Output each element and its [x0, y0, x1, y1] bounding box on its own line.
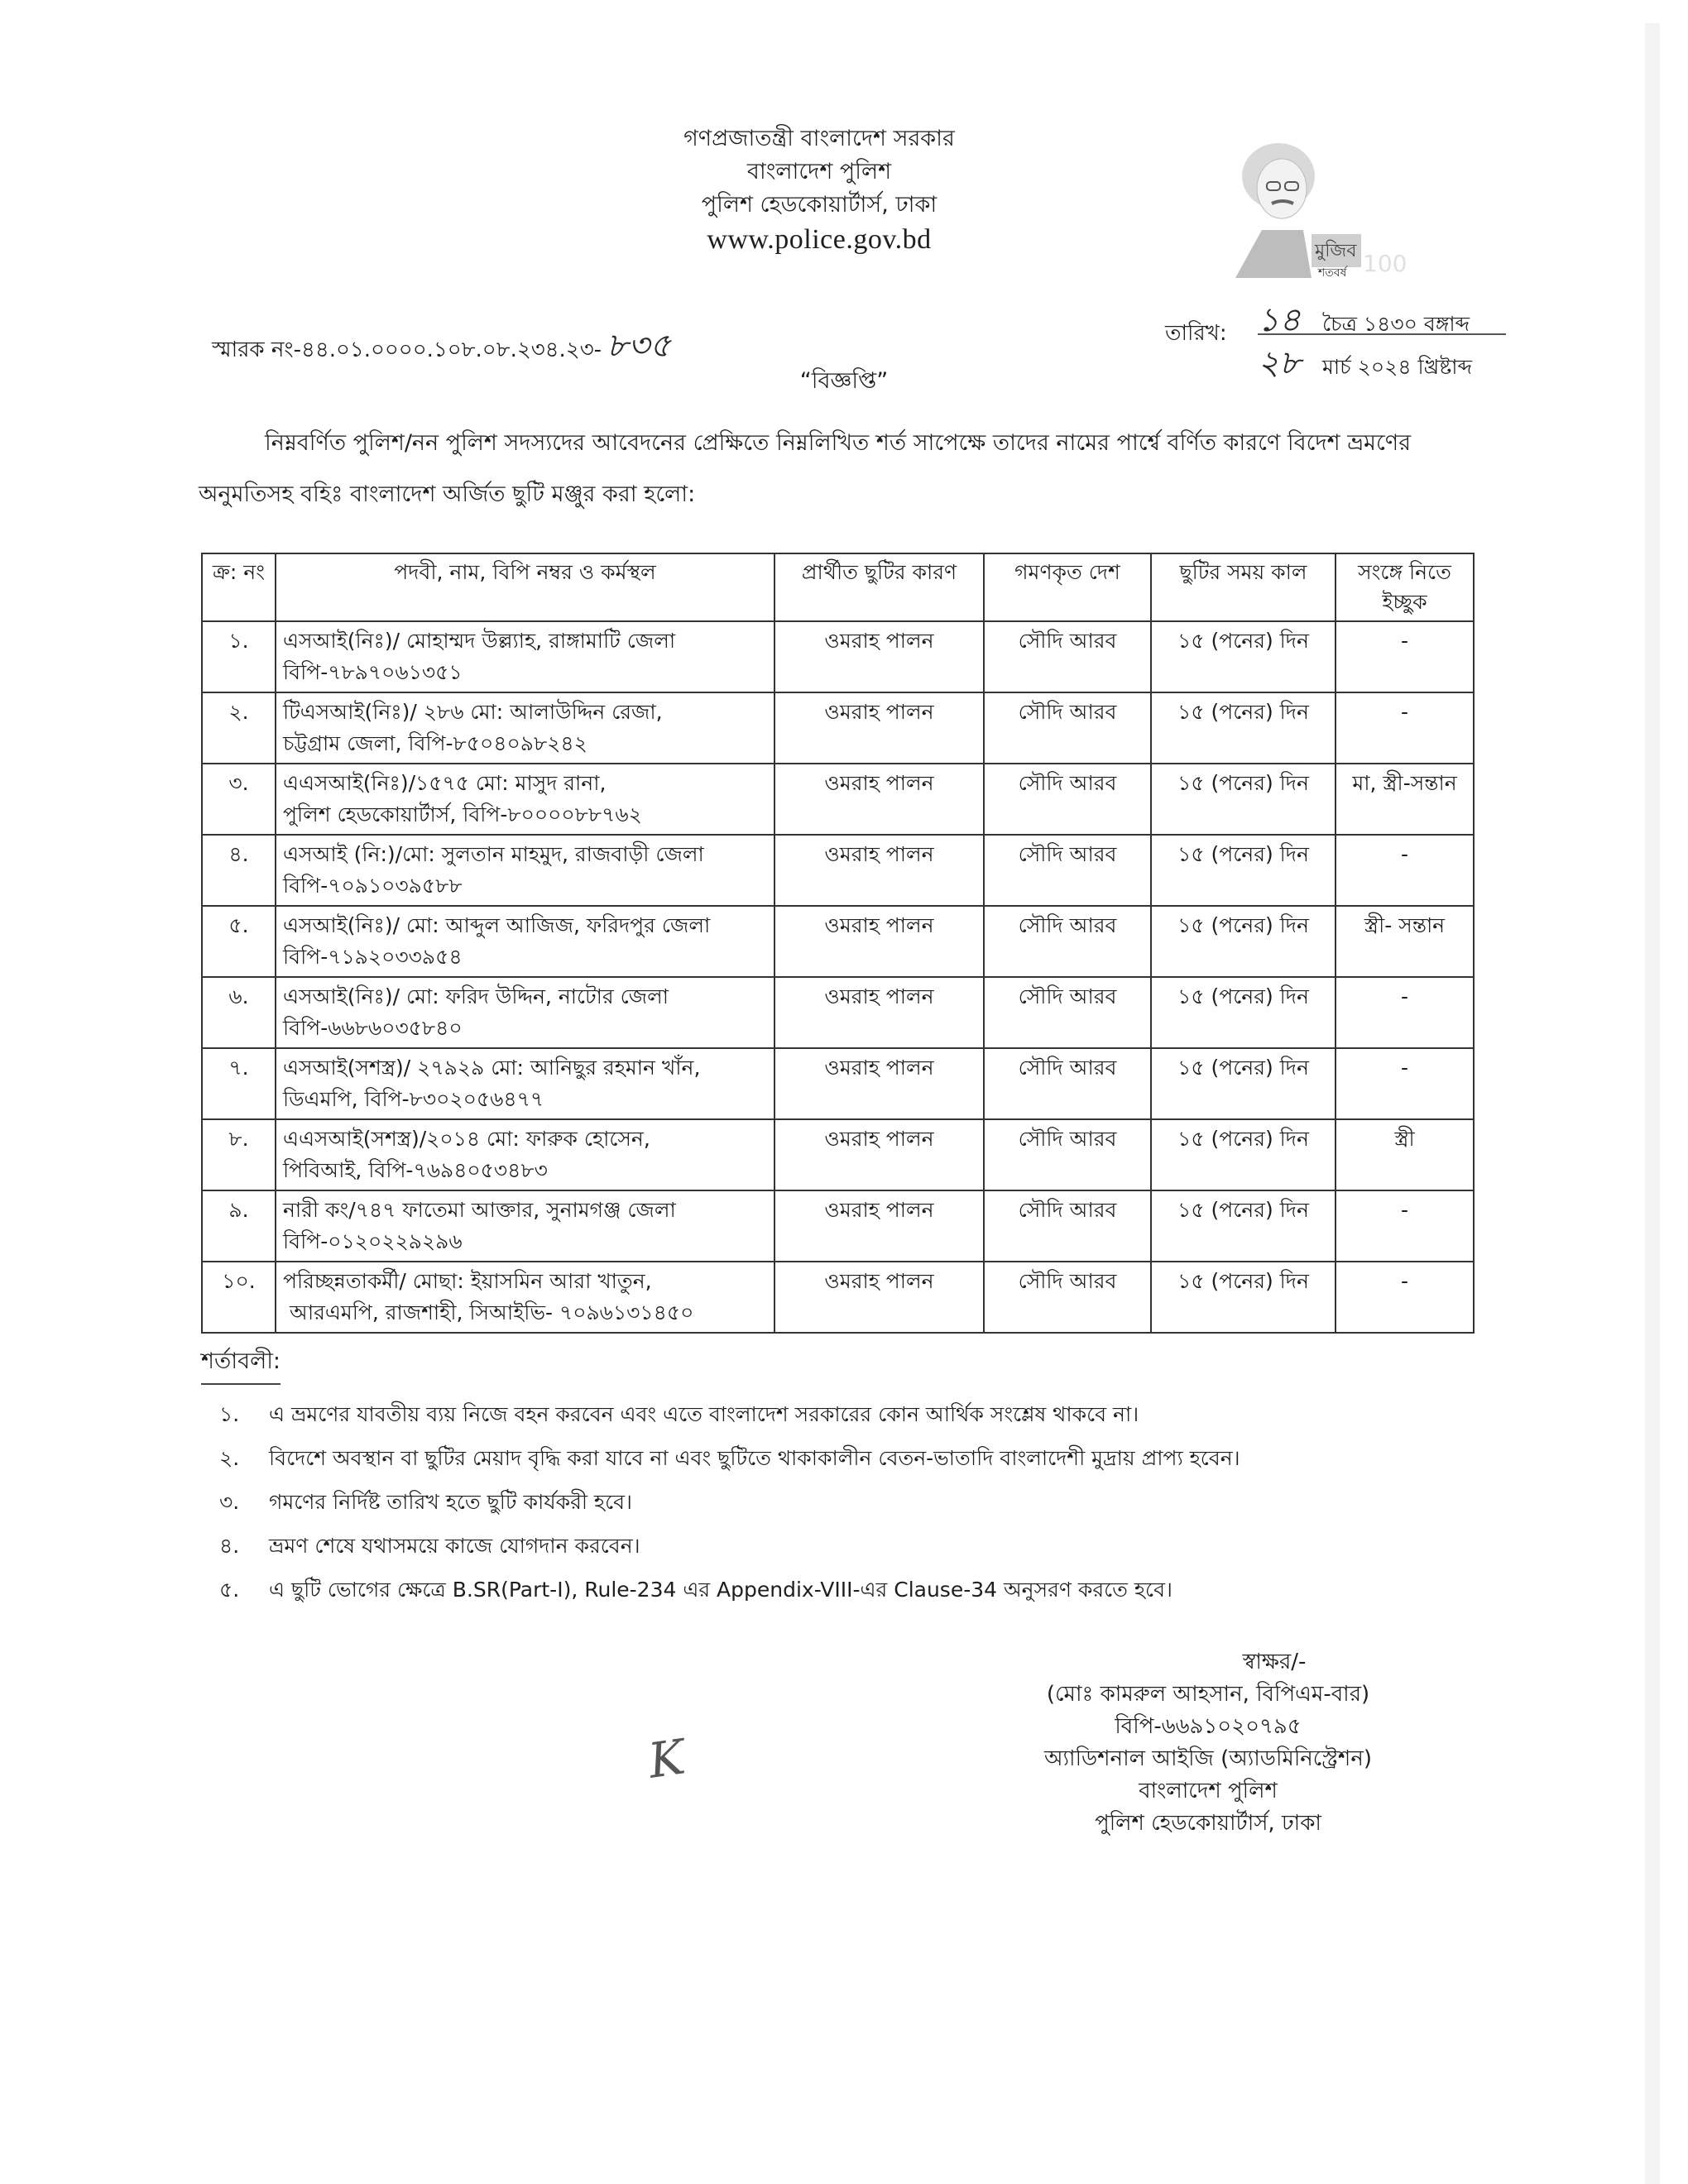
table-row: ৫.এসআই(নিঃ)/ মো: আব্দুল আজিজ, ফরিদপুর জে…: [202, 906, 1474, 977]
name-cell: নারী কং/৭৪৭ ফাতেমা আক্তার, সুনামগঞ্জ জেল…: [276, 1190, 774, 1262]
condition-number: ৩.: [219, 1486, 269, 1521]
country-cell: সৌদি আরব: [984, 835, 1151, 906]
designation-name-line: এসআই (নি:)/মো: সুলতান মাহমুদ, রাজবাড়ী জ…: [283, 839, 767, 870]
col-header-companions: সংঙ্গে নিতে ইচ্ছুক: [1336, 553, 1474, 621]
serial-cell: ৭.: [202, 1048, 276, 1119]
scan-edge-shadow: [1645, 23, 1660, 2184]
companions-cell: -: [1336, 621, 1474, 692]
reason-cell: ওমরাহ পালন: [774, 1262, 984, 1333]
conditions-title: শর্তাবলী:: [201, 1344, 281, 1385]
signatory-name: (মোঃ কামরুল আহসান, বিপিএম-বার): [976, 1679, 1440, 1711]
condition-number: ৫.: [219, 1573, 269, 1609]
intro-paragraph: নিম্নবর্ণিত পুলিশ/নন পুলিশ সদস্যদের আবেদ…: [199, 418, 1489, 520]
govt-name: গণপ্রজাতন্ত্রী বাংলাদেশ সরকার: [596, 122, 1043, 156]
conditions-list: ১.এ ভ্রমণের যাবতীয় ব্যয় নিজে বহন করবেন…: [219, 1398, 1460, 1617]
col-header-duration: ছুটির সময় কাল: [1151, 553, 1336, 621]
designation-name-line: এসআই(নিঃ)/ মো: ফরিদ উদ্দিন, নাটোর জেলা: [283, 981, 767, 1013]
serial-cell: ১০.: [202, 1262, 276, 1333]
duration-cell: ১৫ (পনের) দিন: [1151, 1190, 1336, 1262]
name-cell: এএসআই(সশস্ত্র)/২০১৪ মো: ফারুক হোসেন,পিবি…: [276, 1119, 774, 1190]
condition-text: এ ছুটি ভোগের ক্ষেত্রে B.SR(Part-I), Rule…: [269, 1573, 1172, 1609]
serial-cell: ৯.: [202, 1190, 276, 1262]
reason-cell: ওমরাহ পালন: [774, 1190, 984, 1262]
companions-cell: -: [1336, 977, 1474, 1048]
companions-cell: -: [1336, 835, 1474, 906]
reason-cell: ওমরাহ পালন: [774, 1119, 984, 1190]
name-cell: টিএসআই(নিঃ)/ ২৮৬ মো: আলাউদ্দিন রেজা,চট্ট…: [276, 692, 774, 764]
table-row: ৪.এসআই (নি:)/মো: সুলতান মাহমুদ, রাজবাড়ী…: [202, 835, 1474, 906]
country-cell: সৌদি আরব: [984, 906, 1151, 977]
svg-text:100: 100: [1363, 250, 1407, 277]
country-cell: সৌদি আরব: [984, 621, 1151, 692]
table-row: ৯.নারী কং/৭৪৭ ফাতেমা আক্তার, সুনামগঞ্জ জ…: [202, 1190, 1474, 1262]
reason-cell: ওমরাহ পালন: [774, 692, 984, 764]
table-row: ৩.এএসআই(নিঃ)/১৫৭৫ মো: মাসুদ রানা,পুলিশ হ…: [202, 764, 1474, 835]
serial-cell: ৫.: [202, 906, 276, 977]
table-row: ৭.এসআই(সশস্ত্র)/ ২৭৯২৯ মো: আনিছুর রহমান …: [202, 1048, 1474, 1119]
duration-cell: ১৫ (পনের) দিন: [1151, 1048, 1336, 1119]
svg-text:শতবর্ষ: শতবর্ষ: [1317, 266, 1348, 280]
reason-cell: ওমরাহ পালন: [774, 835, 984, 906]
country-cell: সৌদি আরব: [984, 1190, 1151, 1262]
col-header-country: গমণকৃত দেশ: [984, 553, 1151, 621]
condition-text: গমণের নির্দিষ্ট তারিখ হতে ছুটি কার্যকরী …: [269, 1486, 632, 1521]
org-name: বাংলাদেশ পুলিশ: [596, 156, 1043, 189]
duration-cell: ১৫ (পনের) দিন: [1151, 621, 1336, 692]
signature-block: স্বাক্ষর/- (মোঃ কামরুল আহসান, বিপিএম-বার…: [976, 1646, 1440, 1840]
companions-cell: স্ত্রী- সন্তান: [1336, 906, 1474, 977]
duration-cell: ১৫ (পনের) দিন: [1151, 1262, 1336, 1333]
designation-name-line: এএসআই(সশস্ত্র)/২০১৪ মো: ফারুক হোসেন,: [283, 1123, 767, 1155]
designation-name-line: এসআই(নিঃ)/ মো: আব্দুল আজিজ, ফরিদপুর জেলা: [283, 910, 767, 941]
signatory-office: পুলিশ হেডকোয়ার্টার্স, ঢাকা: [976, 1808, 1440, 1840]
serial-cell: ৪.: [202, 835, 276, 906]
condition-number: ১.: [219, 1398, 269, 1434]
svg-text:মুজিব: মুজিব: [1314, 240, 1357, 261]
condition-number: ৪.: [219, 1530, 269, 1565]
duration-cell: ১৫ (পনের) দিন: [1151, 692, 1336, 764]
serial-cell: ৩.: [202, 764, 276, 835]
letterhead: গণপ্রজাতন্ত্রী বাংলাদেশ সরকার বাংলাদেশ প…: [596, 122, 1043, 258]
name-cell: এএসআই(নিঃ)/১৫৭৫ মো: মাসুদ রানা,পুলিশ হেড…: [276, 764, 774, 835]
name-cell: এসআই(নিঃ)/ মো: আব্দুল আজিজ, ফরিদপুর জেলা…: [276, 906, 774, 977]
bangla-date: চৈত্র ১৪৩০ বঙ্গাব্দ: [1322, 308, 1470, 343]
reason-cell: ওমরাহ পালন: [774, 977, 984, 1048]
bp-workplace-line: পিবিআই, বিপি-৭৬৯৪০৫৩৪৮৩: [283, 1155, 767, 1186]
companions-cell: -: [1336, 1262, 1474, 1333]
table-row: ২.টিএসআই(নিঃ)/ ২৮৬ মো: আলাউদ্দিন রেজা,চট…: [202, 692, 1474, 764]
designation-name-line: টিএসআই(নিঃ)/ ২৮৬ মো: আলাউদ্দিন রেজা,: [283, 697, 767, 728]
country-cell: সৌদি আরব: [984, 1048, 1151, 1119]
table-row: ১.এসআই(নিঃ)/ মোহাম্মদ উল্ল্যাহ, রাঙ্গামা…: [202, 621, 1474, 692]
condition-item: ১.এ ভ্রমণের যাবতীয় ব্যয় নিজে বহন করবেন…: [219, 1398, 1460, 1442]
mujib-borsho-logo-icon: মুজিব শতবর্ষ 100: [1212, 139, 1427, 280]
notice-title: “বিজ্ঞপ্তি”: [0, 364, 1688, 401]
col-header-reason: প্রার্থীত ছুটির কারণ: [774, 553, 984, 621]
designation-name-line: নারী কং/৭৪৭ ফাতেমা আক্তার, সুনামগঞ্জ জেল…: [283, 1195, 767, 1226]
condition-text: এ ভ্রমণের যাবতীয় ব্যয় নিজে বহন করবেন এ…: [269, 1398, 1139, 1434]
country-cell: সৌদি আরব: [984, 977, 1151, 1048]
designation-name-line: এসআই(সশস্ত্র)/ ২৭৯২৯ মো: আনিছুর রহমান খা…: [283, 1052, 767, 1084]
table-header-row: ক্র: নং পদবী, নাম, বিপি নম্বর ও কর্মস্থল…: [202, 553, 1474, 621]
bp-workplace-line: বিপি-৭০৯১০৩৯৫৮৮: [283, 870, 767, 902]
name-cell: এসআই(নিঃ)/ মো: ফরিদ উদ্দিন, নাটোর জেলাবি…: [276, 977, 774, 1048]
name-cell: এসআই(নিঃ)/ মোহাম্মদ উল্ল্যাহ, রাঙ্গামাটি…: [276, 621, 774, 692]
reason-cell: ওমরাহ পালন: [774, 1048, 984, 1119]
companions-cell: -: [1336, 1190, 1474, 1262]
duration-cell: ১৫ (পনের) দিন: [1151, 1119, 1336, 1190]
companions-cell: মা, স্ত্রী-সন্তান: [1336, 764, 1474, 835]
designation-name-line: এসআই(নিঃ)/ মোহাম্মদ উল্ল্যাহ, রাঙ্গামাটি…: [283, 625, 767, 657]
col-header-name: পদবী, নাম, বিপি নম্বর ও কর্মস্থল: [276, 553, 774, 621]
name-cell: এসআই(সশস্ত্র)/ ২৭৯২৯ মো: আনিছুর রহমান খা…: [276, 1048, 774, 1119]
designation-name-line: পরিচ্ছন্নতাকর্মী/ মোছা: ইয়াসমিন আরা খাত…: [283, 1266, 767, 1297]
reason-cell: ওমরাহ পালন: [774, 906, 984, 977]
website-link[interactable]: www.police.gov.bd: [596, 222, 1043, 258]
signed-mark: স্বাক্ষর/-: [976, 1646, 1440, 1679]
memo-label: স্মারক নং-৪৪.০১.০০০০.১০৮.০৮.২৩৪.২৩-: [212, 338, 602, 362]
bp-workplace-line: বিপি-০১২০২২৯২৯৬: [283, 1226, 767, 1257]
serial-cell: ২.: [202, 692, 276, 764]
bp-workplace-line: ডিএমপি, বিপি-৮৩০২০৫৬৪৭৭: [283, 1084, 767, 1115]
table-row: ১০.পরিচ্ছন্নতাকর্মী/ মোছা: ইয়াসমিন আরা …: [202, 1262, 1474, 1333]
country-cell: সৌদি আরব: [984, 1119, 1151, 1190]
bp-workplace-line: বিপি-৭৮৯৭০৬১৩৫১: [283, 657, 767, 688]
col-header-serial: ক্র: নং: [202, 553, 276, 621]
signatory-bp: বিপি-৬৬৯১০২০৭৯৫: [976, 1711, 1440, 1743]
bp-workplace-line: বিপি-৭১৯২০৩৩৯৫৪: [283, 941, 767, 973]
condition-item: ৫.এ ছুটি ভোগের ক্ষেত্রে B.SR(Part-I), Ru…: [219, 1573, 1460, 1617]
signatory-designation: অ্যাডিশনাল আইজি (অ্যাডমিনিস্ট্রেশন): [976, 1743, 1440, 1775]
companions-cell: -: [1336, 1048, 1474, 1119]
signatory-org: বাংলাদেশ পুলিশ: [976, 1775, 1440, 1808]
companions-cell: -: [1336, 692, 1474, 764]
duration-cell: ১৫ (পনের) দিন: [1151, 906, 1336, 977]
table-row: ৮.এএসআই(সশস্ত্র)/২০১৪ মো: ফারুক হোসেন,পি…: [202, 1119, 1474, 1190]
reason-cell: ওমরাহ পালন: [774, 764, 984, 835]
duration-cell: ১৫ (পনের) দিন: [1151, 835, 1336, 906]
condition-item: ৪.ভ্রমণ শেষে যথাসময়ে কাজে যোগদান করবেন।: [219, 1530, 1460, 1573]
duration-cell: ১৫ (পনের) দিন: [1151, 764, 1336, 835]
handwritten-initial: K: [645, 1728, 688, 1789]
condition-text: বিদেশে অবস্থান বা ছুটির মেয়াদ বৃদ্ধি কর…: [269, 1442, 1240, 1478]
serial-cell: ৬.: [202, 977, 276, 1048]
country-cell: সৌদি আরব: [984, 764, 1151, 835]
date-label: তারিখ:: [1165, 316, 1227, 352]
office-name: পুলিশ হেডকোয়ার্টার্স, ঢাকা: [596, 189, 1043, 222]
country-cell: সৌদি আরব: [984, 1262, 1151, 1333]
serial-cell: ১.: [202, 621, 276, 692]
condition-number: ২.: [219, 1442, 269, 1478]
leave-table: ক্র: নং পদবী, নাম, বিপি নম্বর ও কর্মস্থল…: [201, 553, 1475, 1334]
companions-cell: স্ত্রী: [1336, 1119, 1474, 1190]
name-cell: পরিচ্ছন্নতাকর্মী/ মোছা: ইয়াসমিন আরা খাত…: [276, 1262, 774, 1333]
memo-handwritten-number: ৮৩৫: [607, 327, 671, 365]
date-block: ১৪ চৈত্র ১৪৩০ বঙ্গাব্দ ২৮ মার্চ ২০২৪ খ্র…: [1258, 294, 1523, 375]
bp-workplace-line: চট্টগ্রাম জেলা, বিপি-৮৫০৪০৯৮২৪২: [283, 728, 767, 759]
country-cell: সৌদি আরব: [984, 692, 1151, 764]
bp-workplace-line: বিপি-৬৬৮৬০৩৫৮৪০: [283, 1013, 767, 1044]
designation-name-line: এএসআই(নিঃ)/১৫৭৫ মো: মাসুদ রানা,: [283, 768, 767, 799]
condition-text: ভ্রমণ শেষে যথাসময়ে কাজে যোগদান করবেন।: [269, 1530, 640, 1565]
table-row: ৬.এসআই(নিঃ)/ মো: ফরিদ উদ্দিন, নাটোর জেলা…: [202, 977, 1474, 1048]
condition-item: ৩.গমণের নির্দিষ্ট তারিখ হতে ছুটি কার্যকর…: [219, 1486, 1460, 1530]
reason-cell: ওমরাহ পালন: [774, 621, 984, 692]
bp-workplace-line: আরএমপি, রাজশাহী, সিআইভি- ৭০৯৬১৩১৪৫০: [283, 1297, 767, 1329]
name-cell: এসআই (নি:)/মো: সুলতান মাহমুদ, রাজবাড়ী জ…: [276, 835, 774, 906]
condition-item: ২.বিদেশে অবস্থান বা ছুটির মেয়াদ বৃদ্ধি …: [219, 1442, 1460, 1486]
serial-cell: ৮.: [202, 1119, 276, 1190]
duration-cell: ১৫ (পনের) দিন: [1151, 977, 1336, 1048]
bp-workplace-line: পুলিশ হেডকোয়ার্টার্স, বিপি-৮০০০০৮৮৭৬২: [283, 799, 767, 831]
